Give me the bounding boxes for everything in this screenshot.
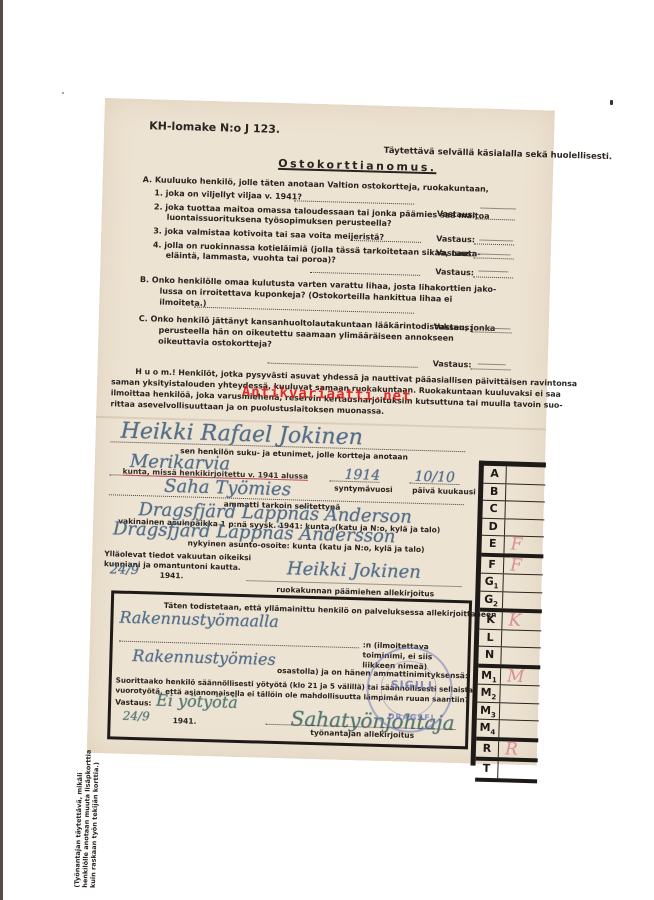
grid-letter: M2 <box>477 685 500 702</box>
answer-label: Vastaus: <box>436 234 475 244</box>
question-1: 1. joka on viljellyt viljaa v. 1941? <box>154 188 302 202</box>
grid-letter-text: G <box>484 592 493 605</box>
pencil-dash <box>479 240 513 242</box>
grid-cell <box>506 484 545 502</box>
grid-letter-text: M <box>480 686 491 699</box>
answer-dots <box>310 272 420 276</box>
birth-date-label: päivä kuukausi <box>412 486 476 498</box>
answer-dots <box>194 307 414 314</box>
grid-row-f: FF <box>481 556 543 575</box>
grid-letter-sub: 1 <box>493 582 498 590</box>
grid-cell <box>506 466 545 484</box>
fill-instruction: Täytettävä selvällä käsialalla sekä huol… <box>383 146 612 162</box>
grid-letter: C <box>482 501 505 518</box>
grid-cell <box>503 574 542 592</box>
handwritten-head-signature: Heikki Jokinen <box>287 558 422 583</box>
employer-year: 1941. <box>172 716 196 727</box>
employer-answer-label: Vastaus: <box>115 698 152 709</box>
grid-letter: M1 <box>478 667 501 684</box>
scan-speck <box>62 92 64 94</box>
grid-row-g1: G1 <box>480 574 542 593</box>
answer-field <box>471 368 511 370</box>
handwritten-night-answer: Ei yötyötä <box>156 691 238 712</box>
grid-letter-sub: 2 <box>491 693 496 701</box>
red-pencil-mark: K <box>508 610 521 630</box>
red-pencil-mark: F <box>510 555 522 575</box>
handwritten-employer-date: 24/9 <box>123 709 150 724</box>
grid-letter: M3 <box>477 702 500 719</box>
cert-year: 1941. <box>160 571 184 582</box>
answer-label: Vastaus: <box>434 322 473 332</box>
grid-letter: F <box>481 556 504 573</box>
pencil-dash <box>480 208 516 210</box>
grid-row-r: RR <box>476 740 539 762</box>
stamp-text: SIGILL <box>391 678 437 692</box>
grid-letter-text: M <box>481 668 492 681</box>
pencil-dash <box>479 253 511 255</box>
grid-cell: R <box>499 741 538 759</box>
grid-letter: L <box>479 629 502 646</box>
grid-letter: B <box>483 483 506 500</box>
grid-letter-sub: 1 <box>492 676 497 684</box>
answer-field <box>473 276 513 278</box>
grid-letter-sub: 3 <box>491 711 496 719</box>
pencil-dash <box>478 364 506 366</box>
grid-row-a: A <box>483 466 545 485</box>
grid-row-m2: M2 <box>477 685 539 704</box>
stamp-bottom-text: DRAGSFJ <box>388 712 435 722</box>
grid-letter: K <box>479 612 502 629</box>
grid-cell <box>502 630 541 648</box>
grid-letter: R <box>476 740 499 757</box>
grid-row-m1: M1M <box>478 667 540 686</box>
grid-cell: M <box>501 668 540 686</box>
answer-dots <box>268 363 418 368</box>
grid-letter: T <box>475 761 498 778</box>
grid-letter-sub: 2 <box>493 600 498 608</box>
grid-cell <box>498 761 537 779</box>
answer-label: Vastaus: <box>433 359 472 369</box>
grid-row-l: L <box>479 629 541 648</box>
grid-row-b: B <box>483 483 545 502</box>
grid-cell: F <box>504 536 543 554</box>
answer-label: Vastaus: <box>435 267 474 277</box>
handwritten-employer: Rakennustyömaalla <box>119 608 279 631</box>
grid-cell <box>505 501 544 519</box>
grid-cell <box>500 685 539 703</box>
pencil-dash <box>478 270 508 272</box>
red-pencil-mark: F <box>510 535 522 555</box>
birth-year-label: syntymävuosi <box>334 484 393 496</box>
card-type-grid: A B C D EF FF G1 G2 KK L N M1M M2 M3 M4 … <box>471 461 546 768</box>
handwritten-cert-date: 24/9 <box>110 562 140 578</box>
grid-cell <box>500 703 539 721</box>
grid-row-t: T <box>475 761 538 783</box>
grid-cell: K <box>502 612 541 630</box>
grid-cell <box>503 592 542 610</box>
grid-cell <box>499 720 538 738</box>
grid-letter: A <box>483 466 506 483</box>
grid-row-c: C <box>482 501 544 520</box>
answer-dots <box>294 200 414 204</box>
employer-side-note: (Työnantajan täytettävä, mikäli henkilöl… <box>73 737 103 888</box>
answer-label: Vastaus: <box>436 248 475 258</box>
form-title: Ostokorttianomus. <box>278 159 437 173</box>
grid-cell <box>501 647 540 665</box>
grid-letter: D <box>482 518 505 535</box>
grid-letter: G1 <box>480 574 503 591</box>
grid-row-m3: M3 <box>477 702 539 721</box>
answer-field <box>474 243 514 245</box>
section-c-line3: oikeuttavia ostokortteja? <box>158 337 272 350</box>
purchase-card-application-form: KH-lomake N:o J 123. Täytettävä selvällä… <box>87 98 555 765</box>
grid-letter: M4 <box>476 720 499 737</box>
grid-row-k: KK <box>479 612 541 631</box>
grid-letter-sub: 4 <box>490 728 495 736</box>
form-number: KH-lomake N:o J 123. <box>149 121 280 135</box>
grid-cell: F <box>504 557 543 575</box>
scan-left-edge <box>0 0 3 900</box>
red-pencil-mark: M <box>507 666 525 686</box>
grid-letter: G2 <box>480 591 503 608</box>
grid-letter: N <box>478 647 501 664</box>
handwritten-department: Rakennustyömies <box>132 646 276 669</box>
grid-letter-text: M <box>479 721 490 734</box>
grid-letter-text: M <box>480 703 491 716</box>
red-pencil-mark: R <box>505 739 518 759</box>
answer-label: Vastaus: <box>437 209 476 219</box>
scan-speck <box>610 100 613 105</box>
grid-letter: E <box>481 536 504 553</box>
